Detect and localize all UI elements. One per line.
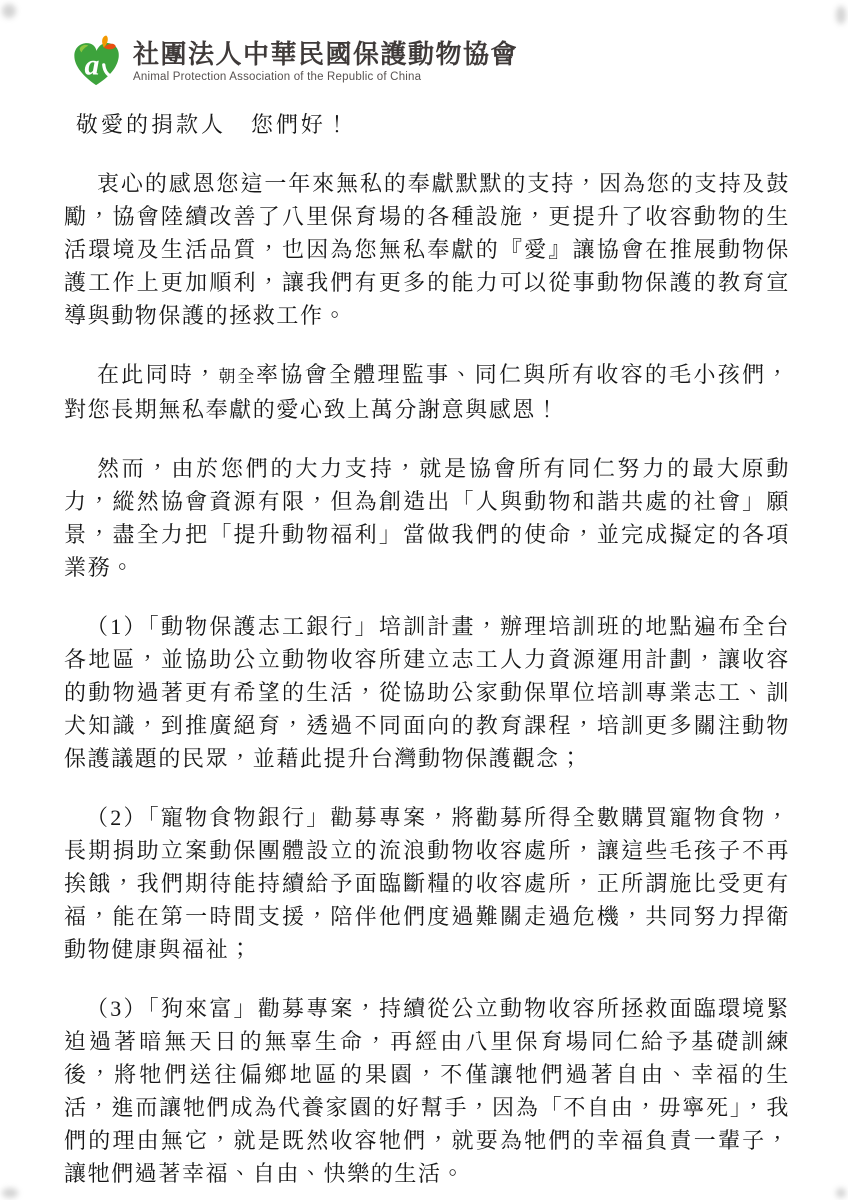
letter-body: 敬愛的捐款人 您們好！ 衷心的感恩您這一年來無私的奉獻默默的支持，因為您的支持及… [64, 108, 790, 1190]
letterhead: a 社團法人中華民國保護動物協會 Animal Protection Assoc… [70, 34, 790, 88]
salutation: 敬愛的捐款人 您們好！ [76, 108, 790, 141]
scan-smudge-bottom-right [836, 1188, 846, 1198]
org-name-block: 社團法人中華民國保護動物協會 Animal Protection Associa… [133, 39, 518, 83]
org-logo: a [70, 34, 124, 88]
scan-smudge-top-right [836, 6, 846, 24]
paragraph-mission: 然而，由於您們的大力支持，就是協會所有同仁努力的最大原動力，縱然協會資源有限，但… [64, 452, 790, 584]
paragraph-thanks: 衷心的感恩您這一年來無私的奉獻默默的支持，因為您的支持及鼓勵，協會陸續改善了八里… [64, 167, 790, 332]
letter-page: a 社團法人中華民國保護動物協會 Animal Protection Assoc… [0, 0, 848, 1200]
logo-letter-a: a [84, 49, 99, 82]
program-item-2: （2）「寵物食物銀行」勸募專案，將勸募所得全數購買寵物食物，長期捐助立案動保團體… [64, 801, 790, 966]
paragraph-gratitude: 在此同時，朝全率協會全體理監事、同仁與所有收容的毛小孩們，對您長期無私奉獻的愛心… [64, 358, 790, 426]
program-item-1: （1）「動物保護志工銀行」培訓計畫，辦理培訓班的地點遍布全台各地區，並協助公立動… [64, 610, 790, 775]
scan-smudge-bottom-left [2, 1188, 18, 1198]
paragraph-gratitude-prefix: 在此同時， [97, 362, 219, 387]
org-name-en: Animal Protection Association of the Rep… [133, 71, 518, 83]
org-name-zh: 社團法人中華民國保護動物協會 [133, 39, 518, 69]
chairman-name: 朝全 [219, 367, 256, 386]
scan-smudge-top-left [2, 4, 16, 18]
program-item-3: （3）「狗來富」勸募專案，持續從公立動物收容所拯救面臨環境緊迫過著暗無天日的無辜… [64, 992, 790, 1190]
